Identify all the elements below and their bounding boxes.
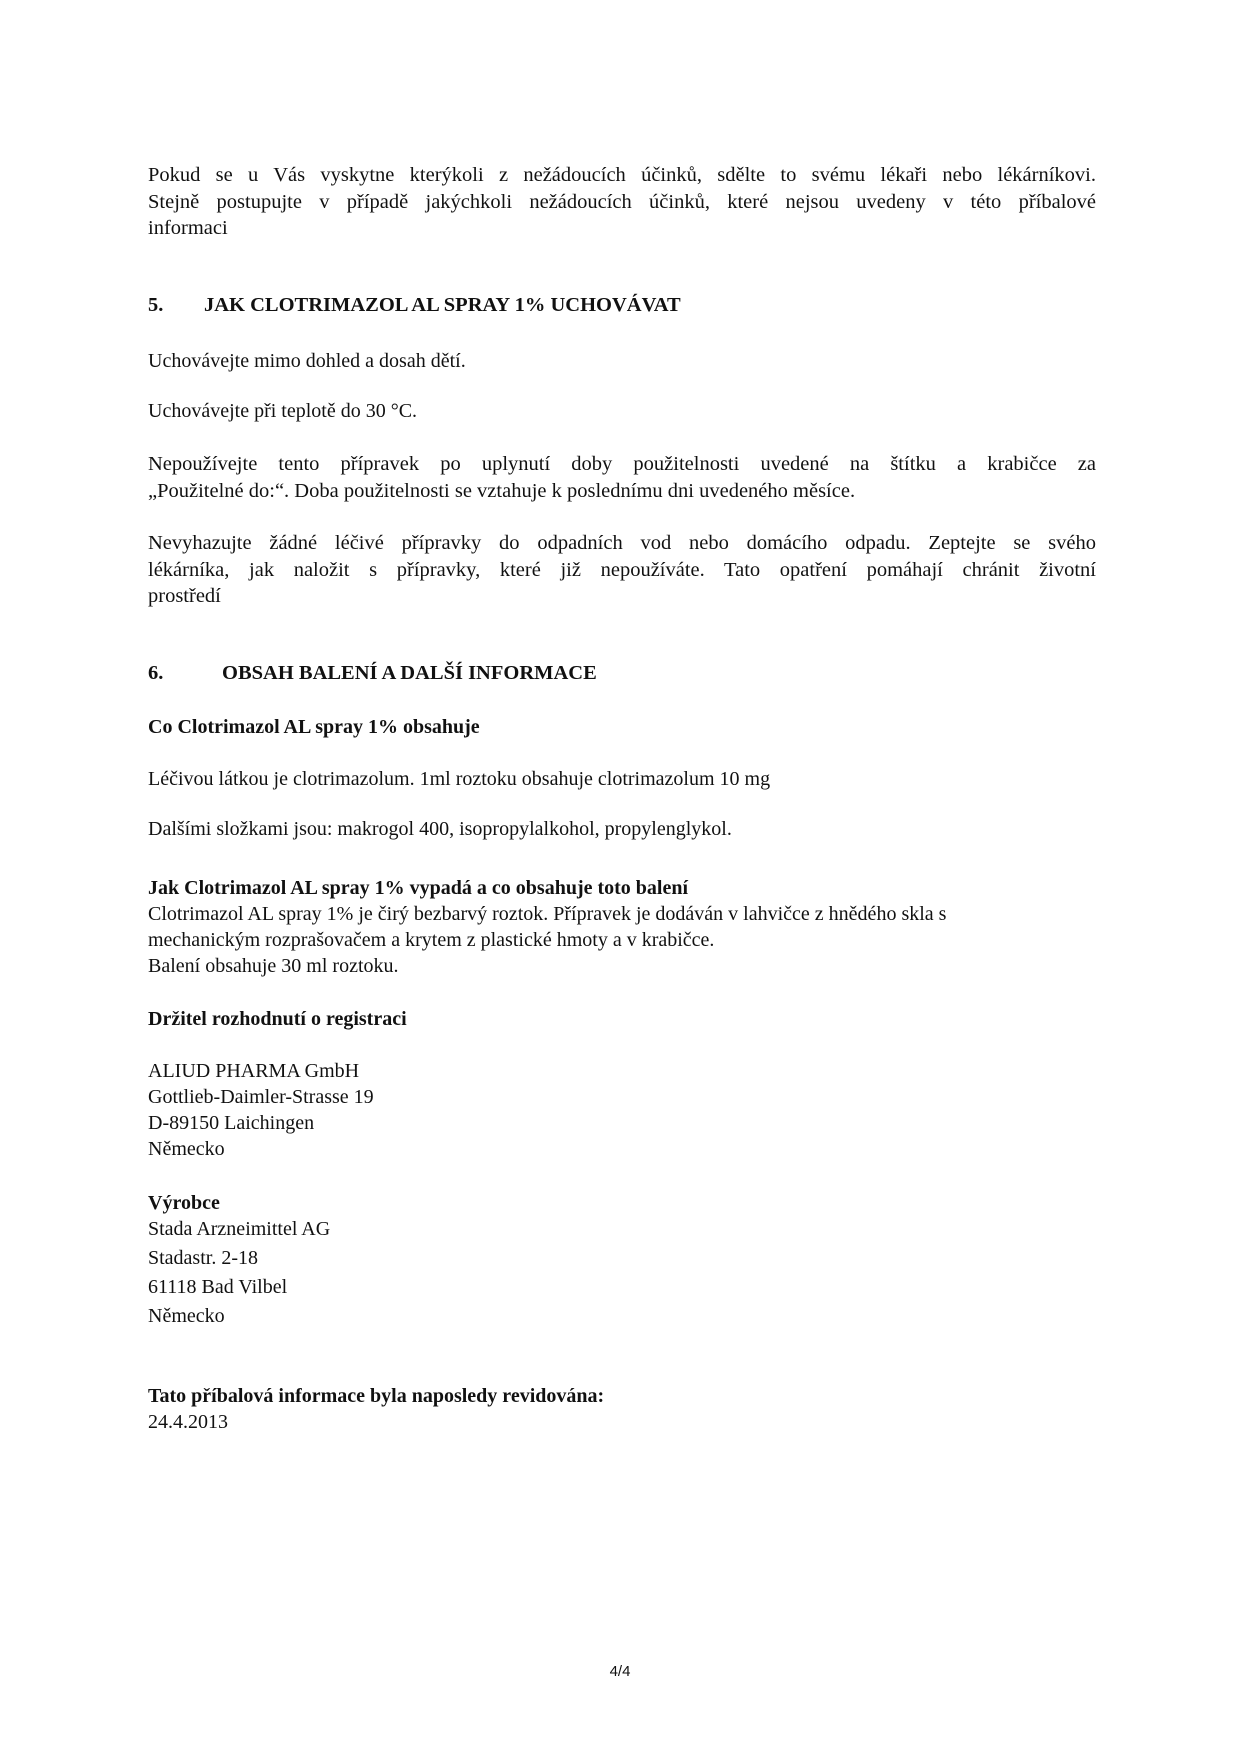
text-line: lékárníka, jak naložit s přípravky, kter…	[148, 557, 1096, 584]
text-line: prostředí	[148, 583, 1096, 610]
text-line: Pokud se u Vás vyskytne kterýkoli z nežá…	[148, 162, 1096, 189]
side-effects-reporting-paragraph: Pokud se u Vás vyskytne kterýkoli z nežá…	[148, 162, 1096, 242]
manufacturer-address-line: Stada Arzneimittel AG	[148, 1216, 330, 1242]
section-title: JAK CLOTRIMAZOL AL SPRAY 1% UCHOVÁVAT	[204, 294, 681, 316]
revision-date: 24.4.2013	[148, 1409, 228, 1435]
holder-address-line: Německo	[148, 1136, 225, 1162]
text-line: Nepoužívejte tento přípravek po uplynutí…	[148, 451, 1096, 478]
appearance-line: Clotrimazol AL spray 1% je čirý bezbarvý…	[148, 901, 946, 927]
holder-address-line: Gottlieb-Daimler-Strasse 19	[148, 1084, 374, 1110]
section-6-heading: 6.OBSAH BALENÍ A DALŠÍ INFORMACE	[148, 660, 597, 686]
active-substance-text: Léčivou látkou je clotrimazolum. 1ml roz…	[148, 766, 770, 792]
text-line: informaci	[148, 215, 1096, 242]
page-number: 4/4	[0, 1663, 1240, 1680]
text-line: Nevyhazujte žádné léčivé přípravky do od…	[148, 530, 1096, 557]
expiry-paragraph: Nepoužívejte tento přípravek po uplynutí…	[148, 451, 1096, 504]
text-line: Stejně postupujte v případě jakýchkoli n…	[148, 189, 1096, 216]
appearance-line: Balení obsahuje 30 ml roztoku.	[148, 953, 399, 979]
section-title: OBSAH BALENÍ A DALŠÍ INFORMACE	[222, 662, 597, 684]
manufacturer-address-line: 61118 Bad Vilbel	[148, 1274, 287, 1300]
manufacturer-address-line: Německo	[148, 1303, 225, 1329]
storage-children-text: Uchovávejte mimo dohled a dosah dětí.	[148, 348, 466, 374]
manufacturer-subheading: Výrobce	[148, 1190, 220, 1216]
other-ingredients-text: Dalšími složkami jsou: makrogol 400, iso…	[148, 816, 732, 842]
document-page: Pokud se u Vás vyskytne kterýkoli z nežá…	[0, 0, 1240, 1754]
section-5-heading: 5.JAK CLOTRIMAZOL AL SPRAY 1% UCHOVÁVAT	[148, 292, 681, 318]
appearance-subheading: Jak Clotrimazol AL spray 1% vypadá a co …	[148, 875, 688, 901]
contents-subheading: Co Clotrimazol AL spray 1% obsahuje	[148, 714, 480, 740]
appearance-line: mechanickým rozprašovačem a krytem z pla…	[148, 927, 714, 953]
storage-temperature-text: Uchovávejte při teplotě do 30 °C.	[148, 398, 417, 424]
revision-heading: Tato příbalová informace byla naposledy …	[148, 1383, 604, 1409]
holder-address-line: ALIUD PHARMA GmbH	[148, 1058, 359, 1084]
marketing-holder-subheading: Držitel rozhodnutí o registraci	[148, 1006, 407, 1032]
section-number: 6.	[148, 660, 222, 686]
text-line: „Použitelné do:“. Doba použitelnosti se …	[148, 478, 1096, 505]
holder-address-line: D-89150 Laichingen	[148, 1110, 314, 1136]
section-number: 5.	[148, 292, 204, 318]
disposal-paragraph: Nevyhazujte žádné léčivé přípravky do od…	[148, 530, 1096, 610]
manufacturer-address-line: Stadastr. 2-18	[148, 1245, 258, 1271]
